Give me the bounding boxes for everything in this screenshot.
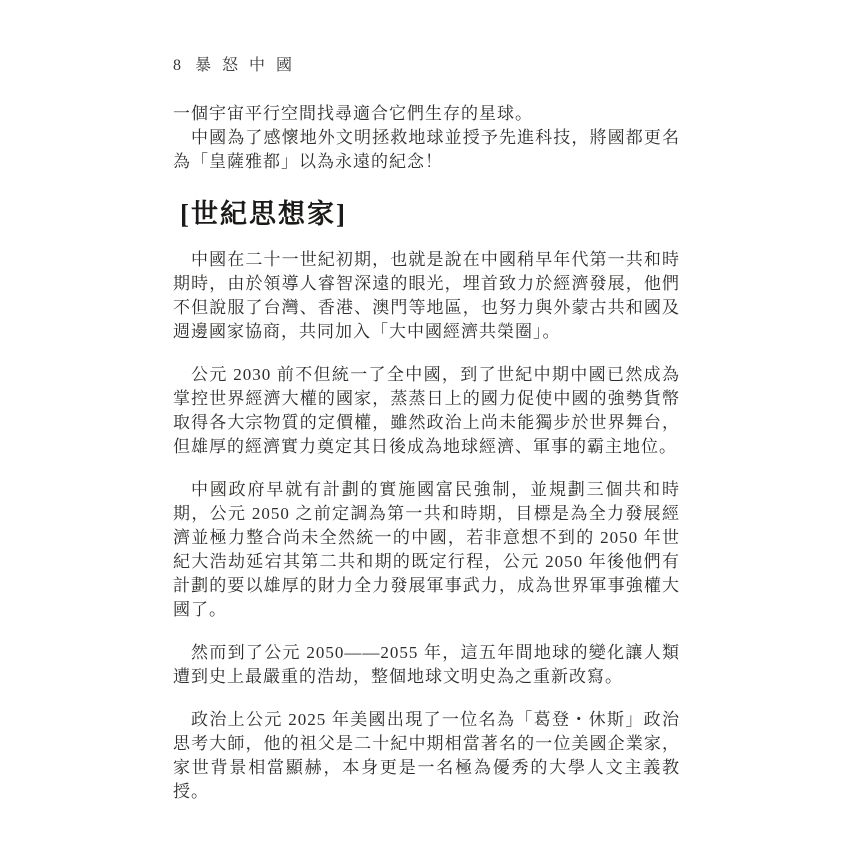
- paragraph: 政治上公元 2025 年美國出現了一位名為「葛登・休斯」政治思考大師，他的祖父是…: [173, 708, 680, 804]
- body-text: 一個宇宙平行空間找尋適合它們生存的星球。 中國為了感懷地外文明拯救地球並授予先進…: [173, 102, 680, 823]
- running-head: 8暴怒中國: [173, 52, 303, 75]
- paragraph: 中國在二十一世紀初期，也就是說在中國稍早年代第一共和時期時，由於領導人睿智深遠的…: [173, 248, 680, 344]
- section-heading: [世紀思想家]: [180, 196, 680, 232]
- book-title: 暴怒中國: [195, 57, 303, 74]
- paragraph: 中國為了感懷地外文明拯救地球並授予先進科技，將國都更名為「皇薩雅都」以為永遠的紀…: [173, 126, 680, 174]
- page-number: 8: [173, 57, 181, 75]
- book-page: 8暴怒中國 一個宇宙平行空間找尋適合它們生存的星球。 中國為了感懷地外文明拯救地…: [0, 0, 850, 850]
- paragraph-continuation: 一個宇宙平行空間找尋適合它們生存的星球。: [173, 102, 680, 126]
- paragraph: 然而到了公元 2050——2055 年，這五年間地球的變化讓人類遭到史上最嚴重的…: [173, 641, 680, 689]
- paragraph: 中國政府早就有計劃的實施國富民強制，並規劃三個共和時期，公元 2050 之前定調…: [173, 478, 680, 622]
- paragraph: 公元 2030 前不但統一了全中國，到了世紀中期中國已然成為掌控世界經濟大權的國…: [173, 363, 680, 459]
